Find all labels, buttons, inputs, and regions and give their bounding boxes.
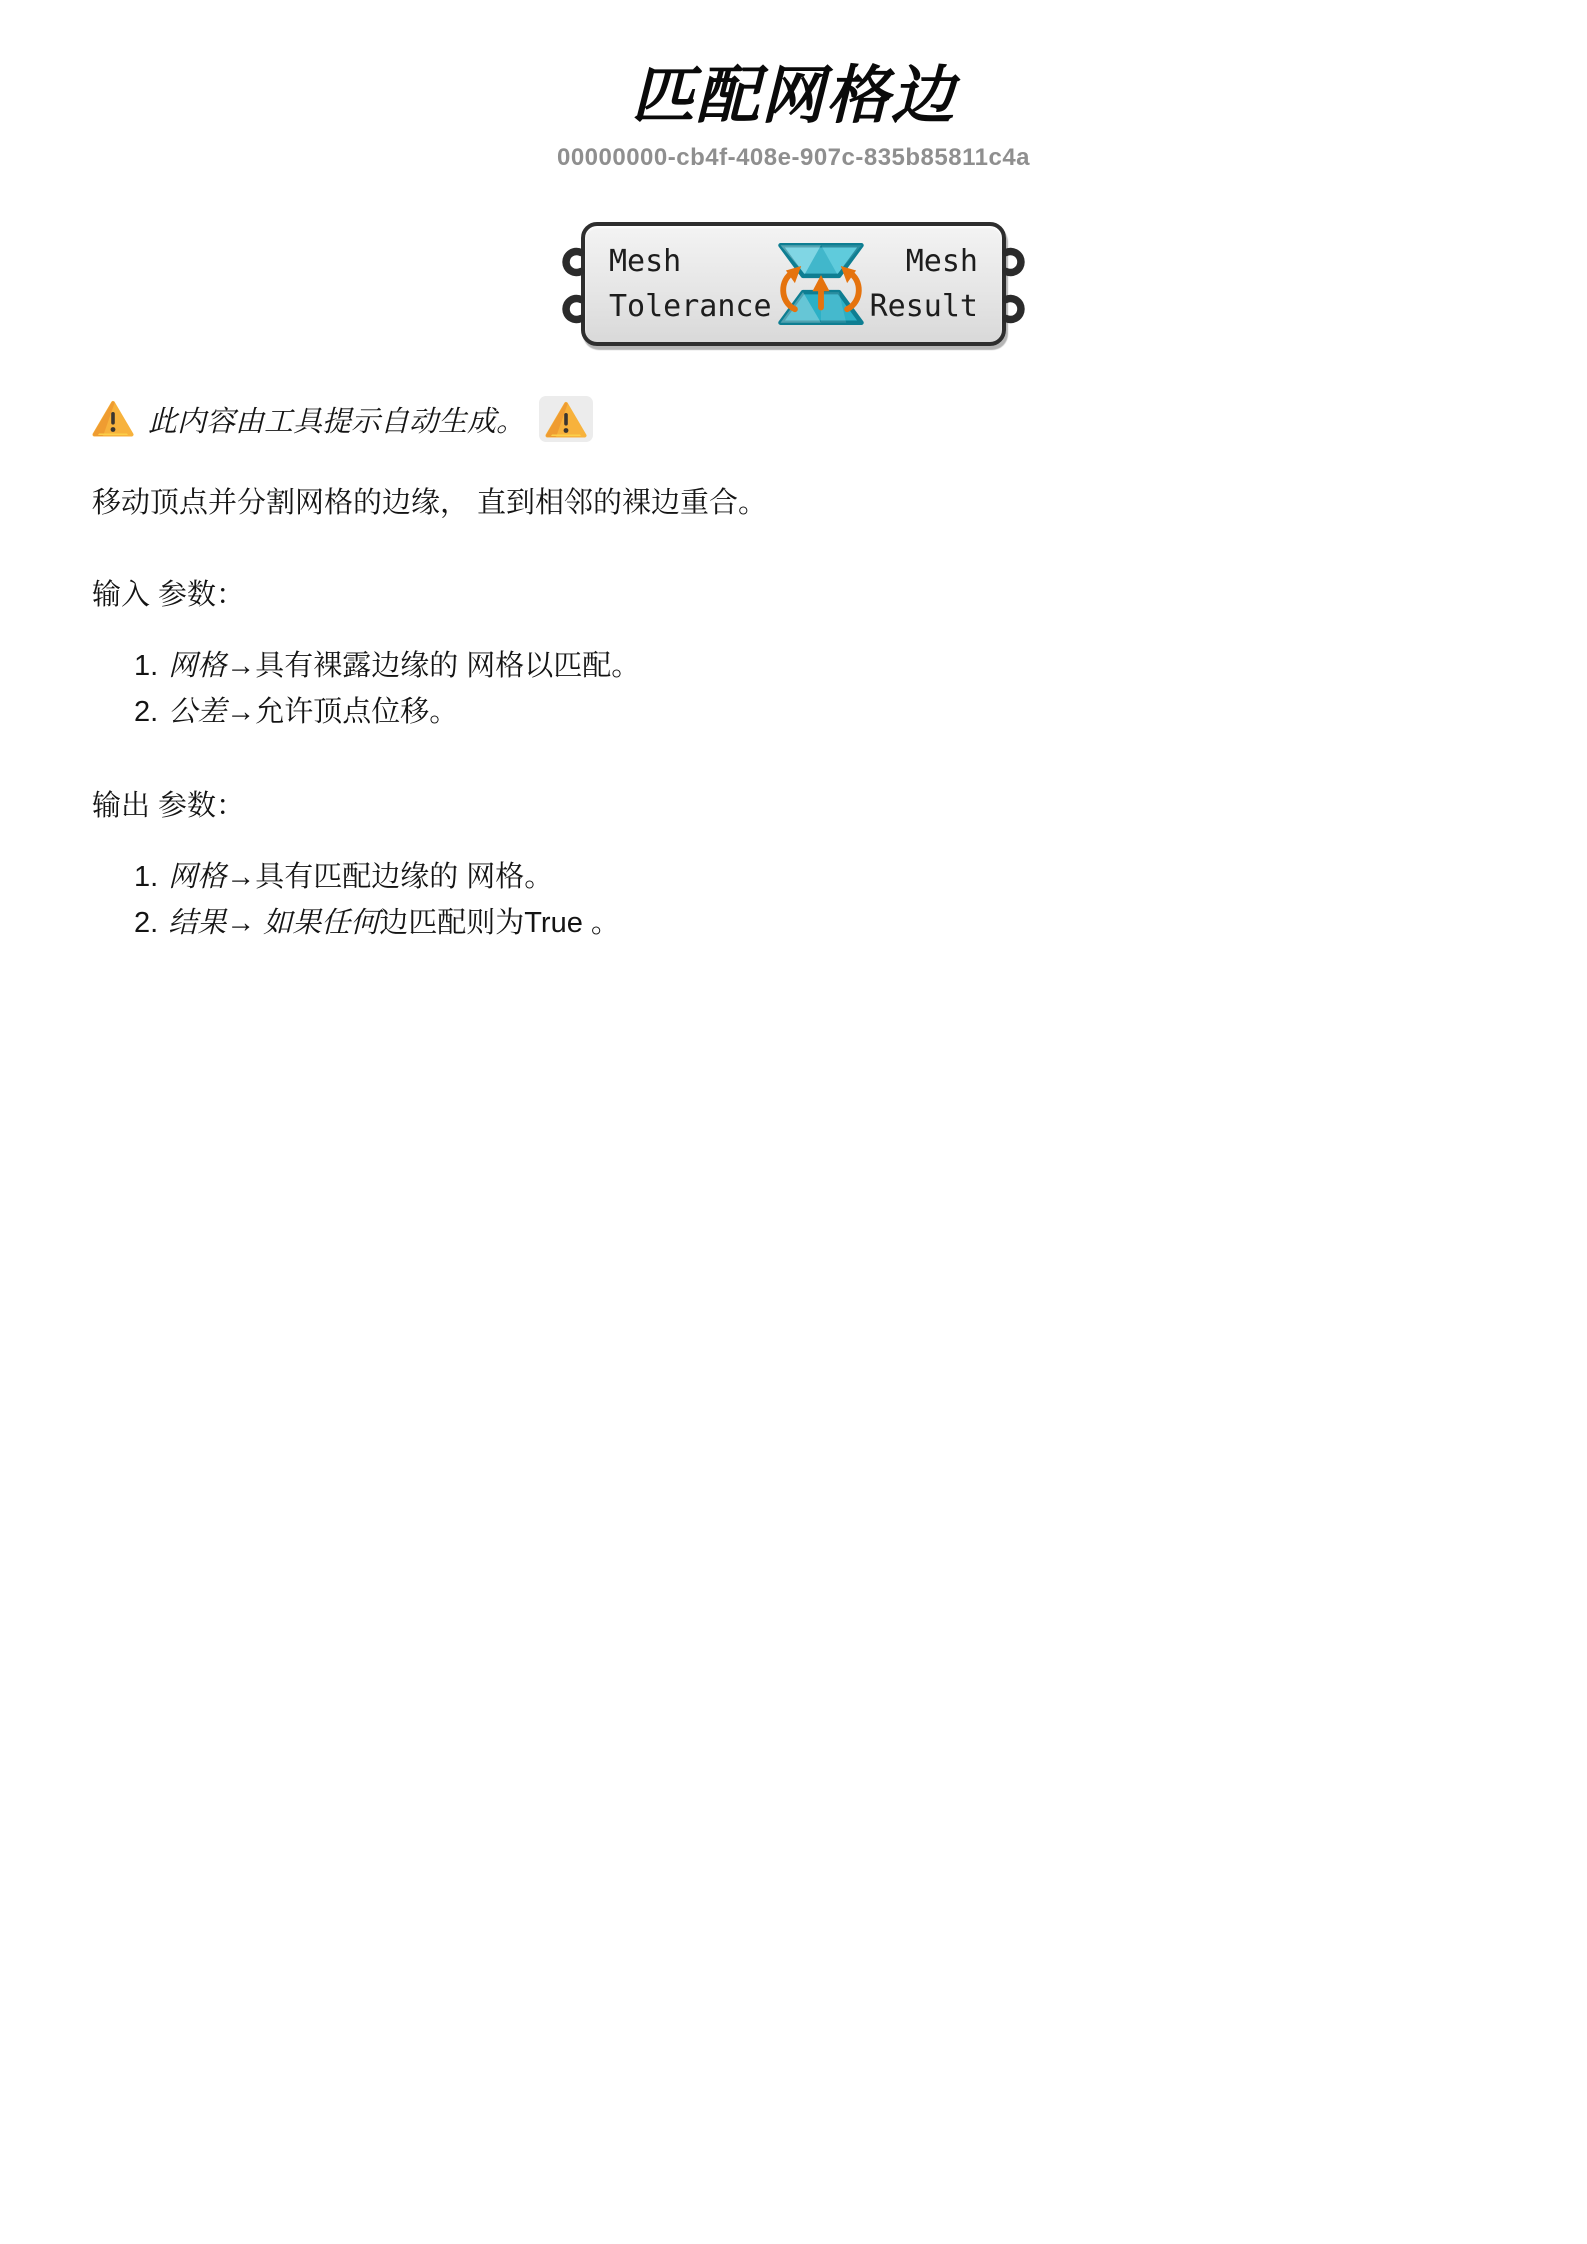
warning-triangle-icon [92,400,134,438]
list-number: 1. [134,650,158,682]
outputs-list: 1.网格→具有匹配边缘的 网格。 2.结果→ 如果任何边匹配则为True 。 [92,854,1495,946]
component-icon-wrap [772,226,870,342]
warning-triangle-icon [539,396,593,442]
component-description: 移动顶点并分割网格的边缘， 直到相邻的裸边重合。 [92,484,1495,523]
list-number: 2. [134,907,158,939]
param-desc: →具有匹配边缘的 网格。 [226,861,553,893]
match-mesh-edges-icon [776,239,866,329]
input-label-tolerance: Tolerance [609,289,772,324]
component-input-labels: Mesh Tolerance [585,226,772,342]
auto-generated-warning: 此内容由工具提示自动生成。 [92,396,1495,442]
input-param-item: 1.网格→具有裸露边缘的 网格以匹配。 [134,643,1495,689]
input-label-mesh: Mesh [609,244,681,279]
output-param-item: 2.结果→ 如果任何边匹配则为True 。 [134,900,1495,946]
input-param-item: 2.公差→允许顶点位移。 [134,689,1495,735]
warning-text: 此内容由工具提示自动生成。 [148,399,525,440]
header: 匹配网格边 00000000-cb4f-408e-907c-835b85811c… [0,0,1587,172]
output-label-mesh: Mesh [906,244,978,279]
output-port-result [997,292,1029,326]
input-port-tolerance [558,292,590,326]
param-desc: →具有裸露边缘的 网格以匹配。 [226,650,640,682]
list-number: 1. [134,861,158,893]
param-desc: → [226,907,263,939]
param-desc: →允许顶点位移。 [226,696,458,728]
output-param-item: 1.网格→具有匹配边缘的 网格。 [134,854,1495,900]
param-desc-em: 如果任何 [263,907,379,939]
outputs-heading: 输出 参数： [92,783,1495,824]
output-label-result: Result [870,289,978,324]
component-uuid: 00000000-cb4f-408e-907c-835b85811c4a [0,144,1587,172]
param-name: 网格 [168,650,226,682]
input-port-mesh [558,245,590,279]
inputs-heading: 输入 参数： [92,572,1495,613]
doc-page: 匹配网格边 00000000-cb4f-408e-907c-835b85811c… [0,0,1587,2244]
inputs-list: 1.网格→具有裸露边缘的 网格以匹配。 2.公差→允许顶点位移。 [92,643,1495,735]
page-title: 匹配网格边 [0,60,1587,132]
list-number: 2. [134,696,158,728]
param-name: 网格 [168,861,226,893]
param-name: 公差 [168,696,226,728]
doc-content: 此内容由工具提示自动生成。 移动顶点并分割网格的边缘， 直到相邻的裸边重合。 输… [0,396,1587,945]
param-name: 结果 [168,907,226,939]
param-desc-rest: 边匹配则为True 。 [379,907,620,939]
output-port-mesh [997,245,1029,279]
component-diagram-row: Mesh Tolerance [0,222,1587,346]
grasshopper-component-node: Mesh Tolerance [581,222,1006,346]
component-output-labels: Mesh Result [870,226,1002,342]
